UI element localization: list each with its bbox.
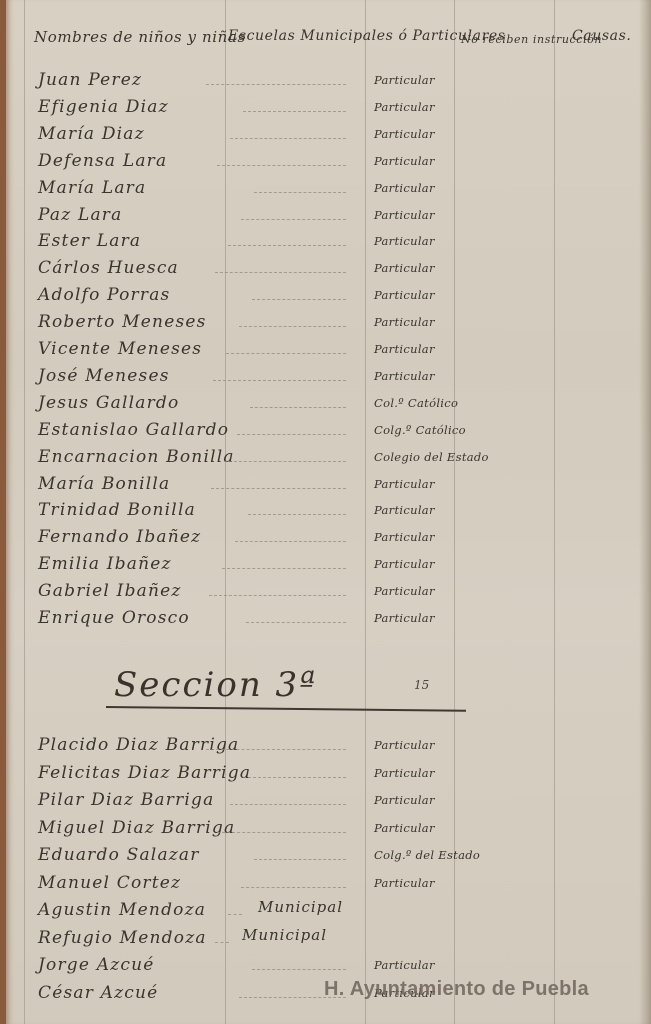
student-name: José Meneses xyxy=(38,366,170,386)
school-type: Colg.º Católico xyxy=(374,423,466,437)
school-type: Particular xyxy=(374,503,435,517)
student-name: Trinidad Bonilla xyxy=(38,500,196,520)
school-type: Particular xyxy=(374,261,435,275)
school-type: Particular xyxy=(374,100,435,114)
filler-dash xyxy=(246,622,346,624)
student-name: Defensa Lara xyxy=(38,151,167,171)
student-name: Efigenia Diaz xyxy=(38,97,169,117)
filler-dash xyxy=(217,165,346,167)
school-type: Col.º Católico xyxy=(374,396,458,410)
school-type: Colegio del Estado xyxy=(374,450,489,464)
school-type: Particular xyxy=(374,477,435,491)
column-rule-particular xyxy=(454,0,455,1024)
municipal-school: Municipal xyxy=(242,926,327,944)
filler-dash xyxy=(209,595,346,597)
student-name: Fernando Ibañez xyxy=(38,527,201,547)
filler-dash xyxy=(239,326,346,328)
student-name: Roberto Meneses xyxy=(38,312,207,332)
school-type: Particular xyxy=(374,208,435,222)
school-type: Colg.º del Estado xyxy=(374,848,480,862)
filler-dash xyxy=(215,942,229,944)
filler-dash xyxy=(243,111,346,113)
student-name: Felicitas Diaz Barriga xyxy=(38,763,251,783)
section-heading: Seccion 3ª xyxy=(114,665,317,705)
school-type: Particular xyxy=(374,611,435,625)
student-name: Encarnacion Bonilla xyxy=(38,447,235,467)
filler-dash xyxy=(228,245,346,247)
student-name: María Diaz xyxy=(38,124,145,144)
filler-dash xyxy=(206,84,346,86)
filler-dash xyxy=(241,219,346,221)
school-type: Particular xyxy=(374,234,435,248)
section-note: 15 xyxy=(414,678,429,692)
section-underline xyxy=(106,706,466,712)
school-type: Particular xyxy=(374,154,435,168)
filler-dash xyxy=(211,488,346,490)
filler-dash xyxy=(241,887,346,889)
filler-dash xyxy=(254,192,346,194)
filler-dash xyxy=(230,138,346,140)
student-name: Paz Lara xyxy=(38,205,122,225)
page-edge-shadow xyxy=(639,0,651,1024)
student-name: Adolfo Porras xyxy=(38,285,170,305)
student-name: Gabriel Ibañez xyxy=(38,581,182,601)
student-name: Juan Perez xyxy=(38,70,142,90)
filler-dash xyxy=(206,749,346,751)
filler-dash xyxy=(237,434,346,436)
school-type: Particular xyxy=(374,127,435,141)
filler-dash xyxy=(224,461,346,463)
filler-dash xyxy=(243,777,346,779)
school-type: Particular xyxy=(374,738,435,752)
municipal-school: Municipal xyxy=(258,898,343,916)
student-name: Miguel Diaz Barriga xyxy=(38,818,235,838)
school-type: Particular xyxy=(374,181,435,195)
filler-dash xyxy=(252,969,346,971)
school-type: Particular xyxy=(374,821,435,835)
student-name: Enrique Orosco xyxy=(38,608,190,628)
school-type: Particular xyxy=(374,793,435,807)
student-name: Eduardo Salazar xyxy=(38,845,200,865)
header-causes: Causas. xyxy=(572,28,631,44)
filler-dash xyxy=(235,541,346,543)
student-name: Placido Diaz Barriga xyxy=(38,735,239,755)
student-name: Jorge Azcué xyxy=(38,955,155,975)
student-name: Cárlos Huesca xyxy=(38,258,179,278)
column-rule-municipal xyxy=(365,0,366,1024)
school-type: Particular xyxy=(374,584,435,598)
school-type: Particular xyxy=(374,369,435,383)
school-type: Particular xyxy=(374,958,435,972)
student-name: Manuel Cortez xyxy=(38,873,181,893)
filler-dash xyxy=(228,914,242,916)
student-name: Jesus Gallardo xyxy=(38,393,179,413)
filler-dash xyxy=(213,380,346,382)
student-name: Estanislao Gallardo xyxy=(38,420,229,440)
school-type: Particular xyxy=(374,766,435,780)
student-name: César Azcué xyxy=(38,983,158,1003)
school-type: Particular xyxy=(374,73,435,87)
school-type: Particular xyxy=(374,557,435,571)
student-name: Vicente Meneses xyxy=(38,339,202,359)
ledger-page: Nombres de niños y niñas Escuelas Munici… xyxy=(6,0,651,1024)
margin-rule xyxy=(24,0,25,1024)
school-type: Particular xyxy=(374,530,435,544)
filler-dash xyxy=(248,514,346,516)
student-name: Agustin Mendoza xyxy=(38,900,206,920)
student-name: Emilia Ibañez xyxy=(38,554,172,574)
filler-dash xyxy=(215,272,346,274)
school-type: Particular xyxy=(374,288,435,302)
watermark: H. Ayuntamiento de Puebla xyxy=(324,978,589,1001)
student-name: María Bonilla xyxy=(38,474,170,494)
filler-dash xyxy=(254,859,346,861)
filler-dash xyxy=(230,804,346,806)
school-type: Particular xyxy=(374,342,435,356)
filler-dash xyxy=(217,832,346,834)
column-rule-names xyxy=(225,0,226,1024)
filler-dash xyxy=(252,299,346,301)
student-name: Pilar Diaz Barriga xyxy=(38,790,214,810)
student-name: María Lara xyxy=(38,178,146,198)
column-rule-causes xyxy=(554,0,555,1024)
school-type: Particular xyxy=(374,315,435,329)
header-names: Nombres de niños y niñas xyxy=(34,28,246,46)
student-name: Ester Lara xyxy=(38,231,141,251)
filler-dash xyxy=(226,353,346,355)
filler-dash xyxy=(250,407,346,409)
school-type: Particular xyxy=(374,876,435,890)
filler-dash xyxy=(222,568,346,570)
student-name: Refugio Mendoza xyxy=(38,928,207,948)
